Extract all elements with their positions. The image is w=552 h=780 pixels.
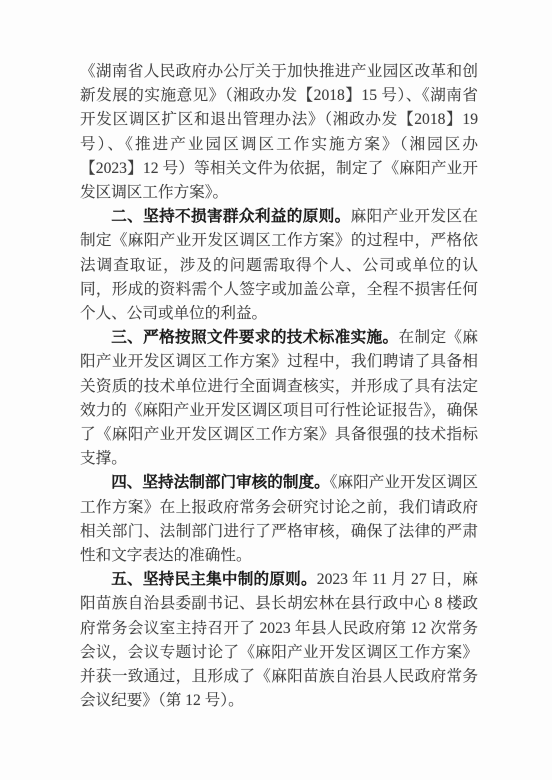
paragraph-body: 2023 年 11 月 27 日，麻阳苗族自治县委副书记、县长胡宏林在县行政中心…	[80, 571, 478, 709]
paragraph-body: 在制定《麻阳产业开发区调区工作方案》过程中，我们聘请了具备相关资质的技术单位进行…	[80, 329, 478, 467]
paragraph-body: 麻阳产业开发区在制定《麻阳产业开发区调区工作方案》的过程中，严格依法调查取证，涉…	[80, 208, 478, 322]
paragraph-heading: 二、坚持不损害群众利益的原则。	[111, 208, 350, 225]
paragraph-continuation: 《湖南省人民政府办公厅关于加快推进产业园区改革和创新发展的实施意见》（湘政办发【…	[80, 60, 478, 205]
paragraph-heading: 五、坚持民主集中制的原则。	[111, 571, 317, 588]
paragraph-item-5: 五、坚持民主集中制的原则。2023 年 11 月 27 日，麻阳苗族自治县委副书…	[80, 568, 478, 713]
paragraph-heading: 三、严格按照文件要求的技术标准实施。	[111, 329, 398, 346]
paragraph-heading: 四、坚持法制部门审核的制度。	[111, 474, 330, 491]
document-text-block: 《湖南省人民政府办公厅关于加快推进产业园区改革和创新发展的实施意见》（湘政办发【…	[80, 60, 478, 713]
paragraph-item-3: 三、严格按照文件要求的技术标准实施。在制定《麻阳产业开发区调区工作方案》过程中，…	[80, 326, 478, 471]
paragraph-body: 《湖南省人民政府办公厅关于加快推进产业园区改革和创新发展的实施意见》（湘政办发【…	[80, 63, 478, 201]
document-page: 《湖南省人民政府办公厅关于加快推进产业园区改革和创新发展的实施意见》（湘政办发【…	[0, 0, 552, 780]
paragraph-item-4: 四、坚持法制部门审核的制度。《麻阳产业开发区调区工作方案》在上报政府常务会研究讨…	[80, 471, 478, 568]
paragraph-item-2: 二、坚持不损害群众利益的原则。麻阳产业开发区在制定《麻阳产业开发区调区工作方案》…	[80, 205, 478, 326]
